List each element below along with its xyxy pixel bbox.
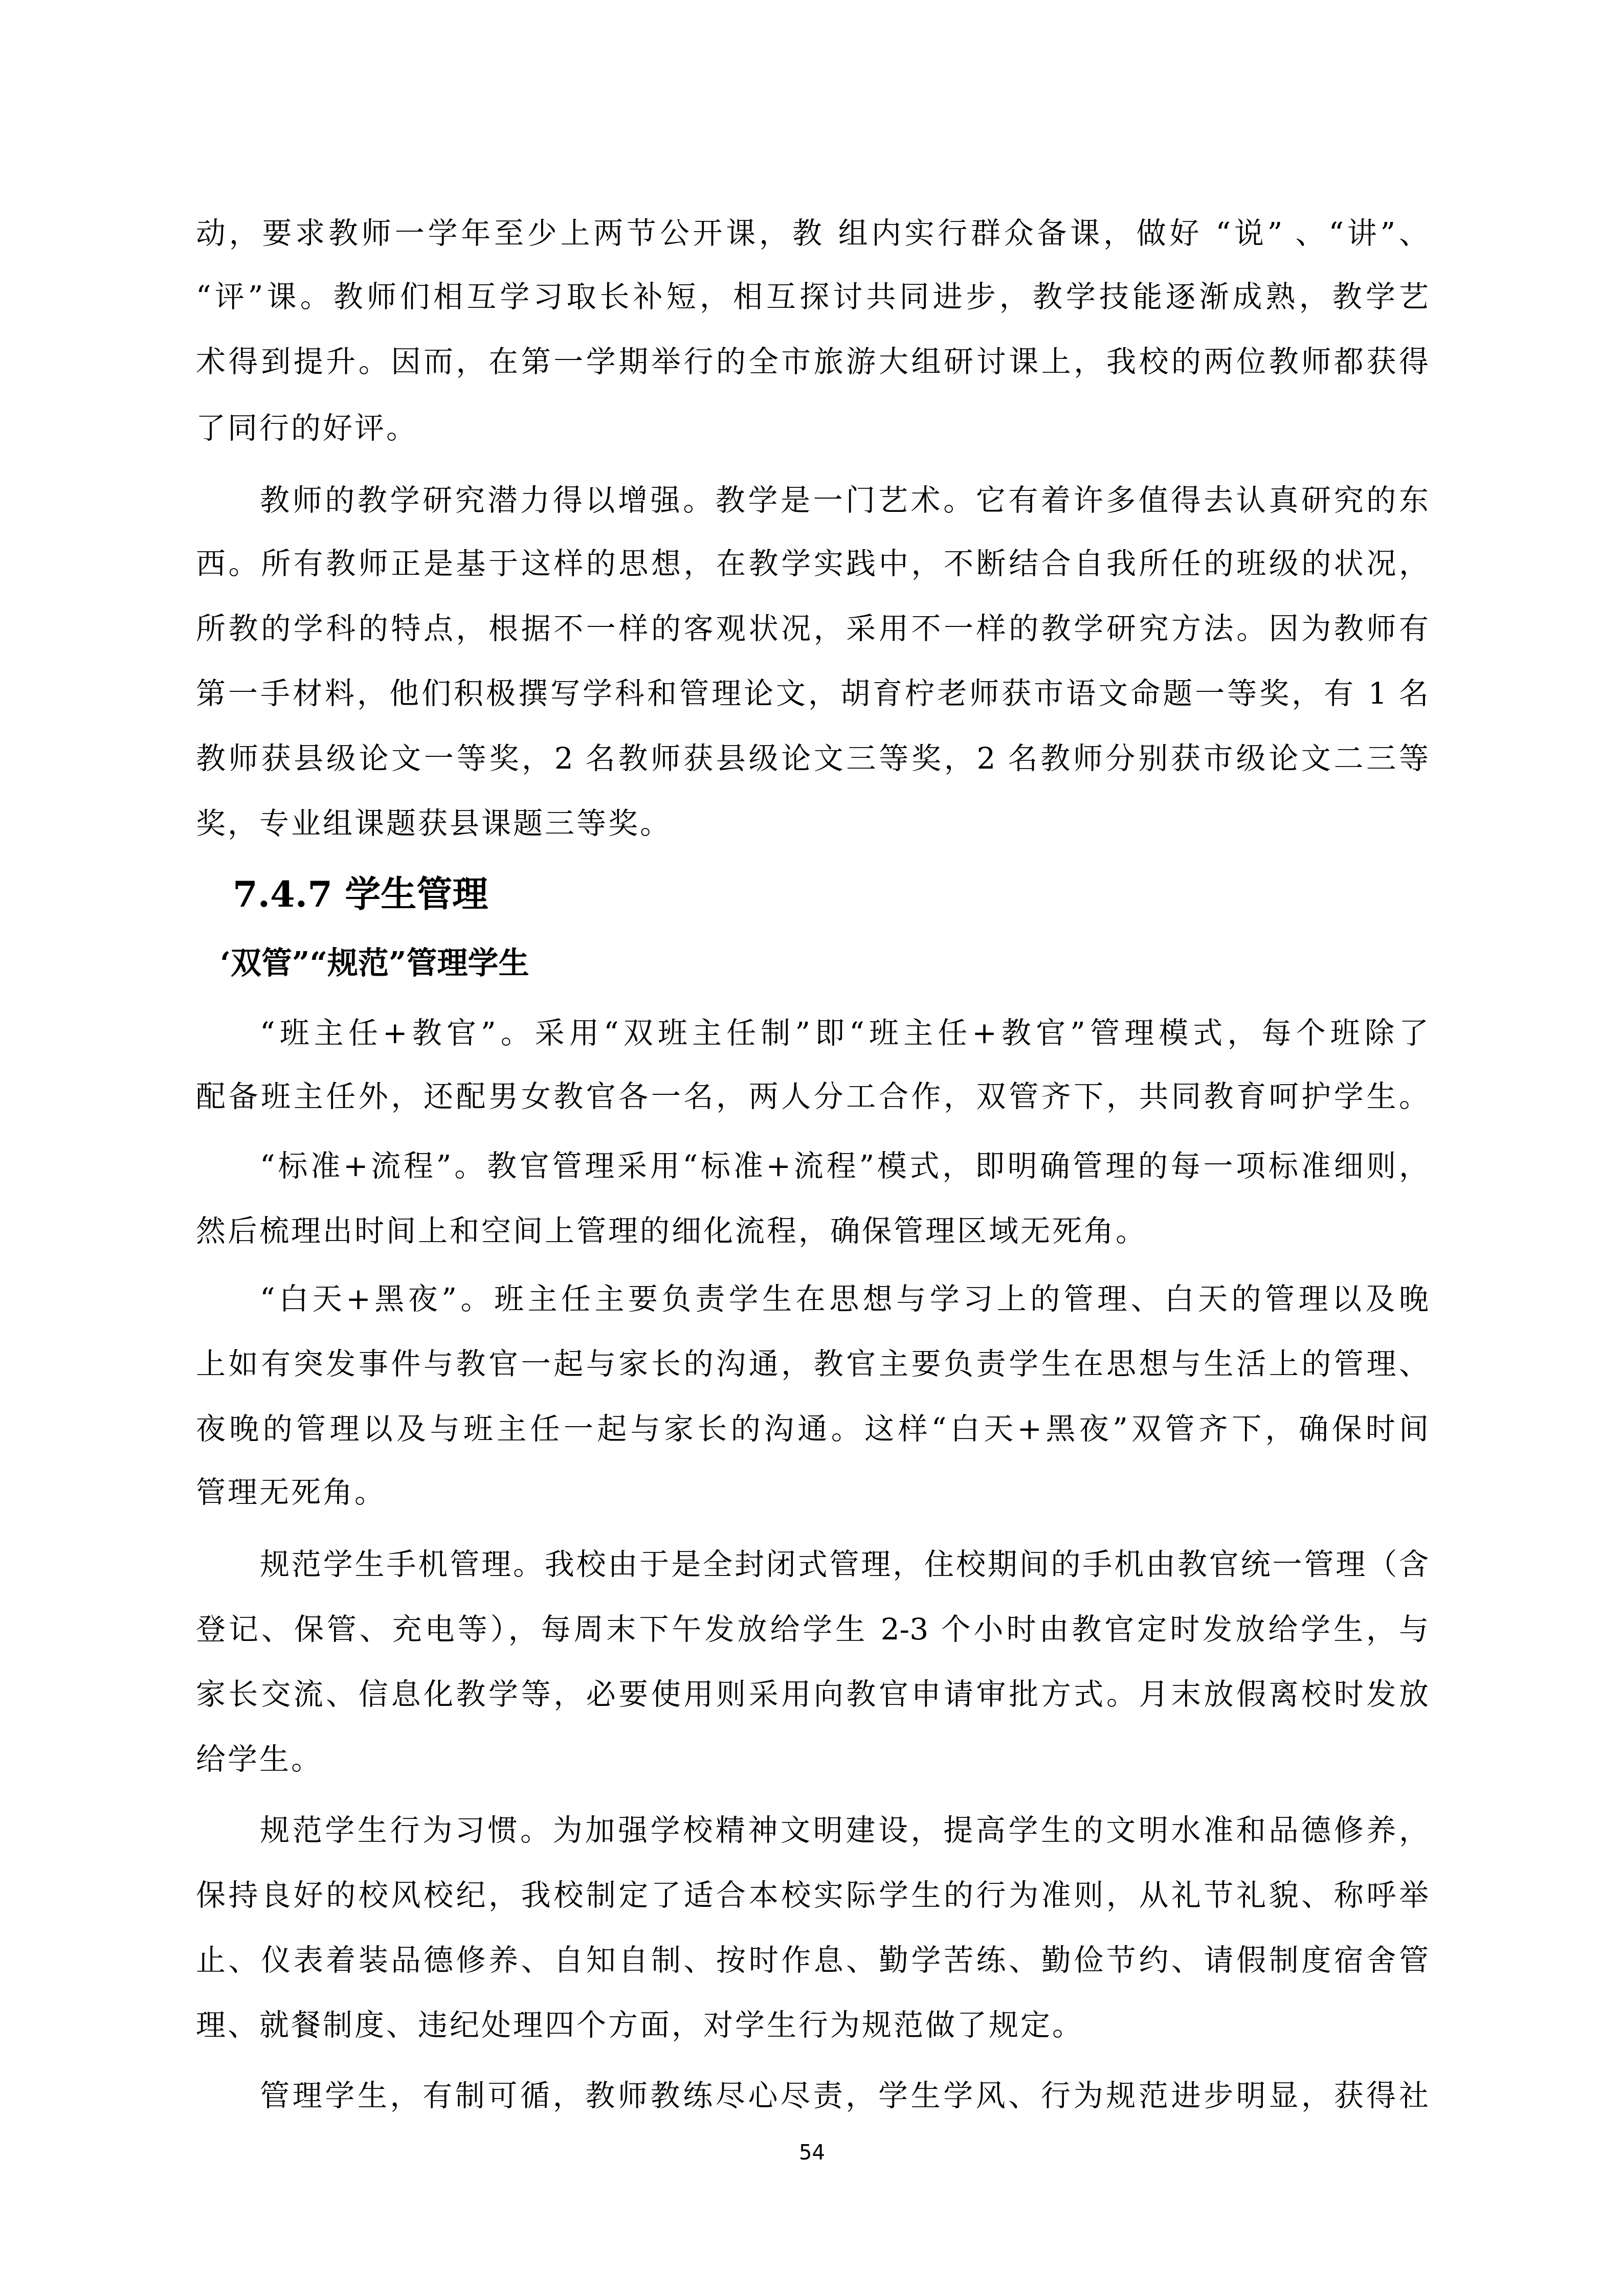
paragraph-line: 然后梳理出时间上和空间上管理的细化流程，确保管理区域无死角。 [196, 1210, 1429, 1251]
paragraph-line: 第一手材料，他们积极撰写学科和管理论文，胡育柠老师获市语文命题一等奖，有 1 名 [196, 673, 1429, 714]
paragraph-line: 管理学生，有制可循，教师教练尽心尽责，学生学风、行为规范进步明显，获得社 [260, 2075, 1429, 2116]
paragraph-line: “白天+黑夜”。班主任主要负责学生在思想与学习上的管理、白天的管理以及晚 [260, 1278, 1429, 1319]
paragraph-line: 上如有突发事件与教官一起与家长的沟通，教官主要负责学生在思想与生活上的管理、 [196, 1343, 1429, 1384]
paragraph-line: 动，要求教师一学年至少上两节公开课，教 组内实行群众备课，做好 “说” 、“讲”… [196, 213, 1429, 254]
section-heading: 7.4.7 学生管理 [233, 870, 488, 919]
subsection-heading: ‘双管”“规范”管理学生 [220, 941, 529, 985]
document-page: 动，要求教师一学年至少上两节公开课，教 组内实行群众备课，做好 “说” 、“讲”… [0, 0, 1624, 2296]
paragraph-line: 所教的学科的特点，根据不一样的客观状况，采用不一样的教学研究方法。因为教师有 [196, 608, 1429, 649]
paragraph-line: 管理无死角。 [196, 1472, 1429, 1513]
paragraph-line: 保持良好的校风校纪，我校制定了适合本校实际学生的行为准则，从礼节礼貌、称呼举 [196, 1875, 1429, 1916]
paragraph-line: 夜晚的管理以及与班主任一起与家长的沟通。这样“白天+黑夜”双管齐下，确保时间 [196, 1408, 1429, 1449]
paragraph-line: 术得到提升。因而，在第一学期举行的全市旅游大组研讨课上，我校的两位教师都获得 [196, 341, 1429, 382]
paragraph-line: 西。所有教师正是基于这样的思想，在教学实践中，不断结合自我所任的班级的状况， [196, 543, 1429, 584]
paragraph-line: 登记、保管、充电等），每周末下午发放给学生 2-3 个小时由教官定时发放给学生，… [196, 1609, 1429, 1650]
paragraph-line: “班主任+教官”。采用“双班主任制”即“班主任+教官”管理模式，每个班除了 [260, 1012, 1429, 1053]
paragraph-line: 给学生。 [196, 1739, 1429, 1780]
paragraph-line: 止、仪表着装品德修养、自知自制、按时作息、勤学苦练、勤俭节约、请假制度宿舍管 [196, 1940, 1429, 1980]
paragraph-line: 教师的教学研究潜力得以增强。教学是一门艺术。它有着许多值得去认真研究的东 [260, 480, 1429, 521]
paragraph-line: 奖，专业组课题获县课题三等奖。 [196, 803, 1429, 844]
paragraph-line: 了同行的好评。 [196, 408, 1429, 448]
page-number: 54 [0, 2137, 1624, 2168]
paragraph-line: “评”课。教师们相互学习取长补短，相互探讨共同进步，教学技能逐渐成熟，教学艺 [196, 276, 1429, 317]
paragraph-line: “标准+流程”。教官管理采用“标准+流程”模式，即明确管理的每一项标准细则， [260, 1145, 1429, 1186]
paragraph-line: 规范学生行为习惯。为加强学校精神文明建设，提高学生的文明水准和品德修养， [260, 1810, 1429, 1851]
paragraph-line: 规范学生手机管理。我校由于是全封闭式管理，住校期间的手机由教官统一管理（含 [260, 1544, 1429, 1585]
paragraph-line: 家长交流、信息化教学等，必要使用则采用向教官申请审批方式。月末放假离校时发放 [196, 1674, 1429, 1715]
paragraph-line: 配备班主任外，还配男女教官各一名，两人分工合作，双管齐下，共同教育呵护学生。 [196, 1076, 1429, 1117]
paragraph-line: 理、就餐制度、违纪处理四个方面，对学生行为规范做了规定。 [196, 2005, 1429, 2045]
paragraph-line: 教师获县级论文一等奖，2 名教师获县级论文三等奖，2 名教师分别获市级论文二三等 [196, 738, 1429, 779]
